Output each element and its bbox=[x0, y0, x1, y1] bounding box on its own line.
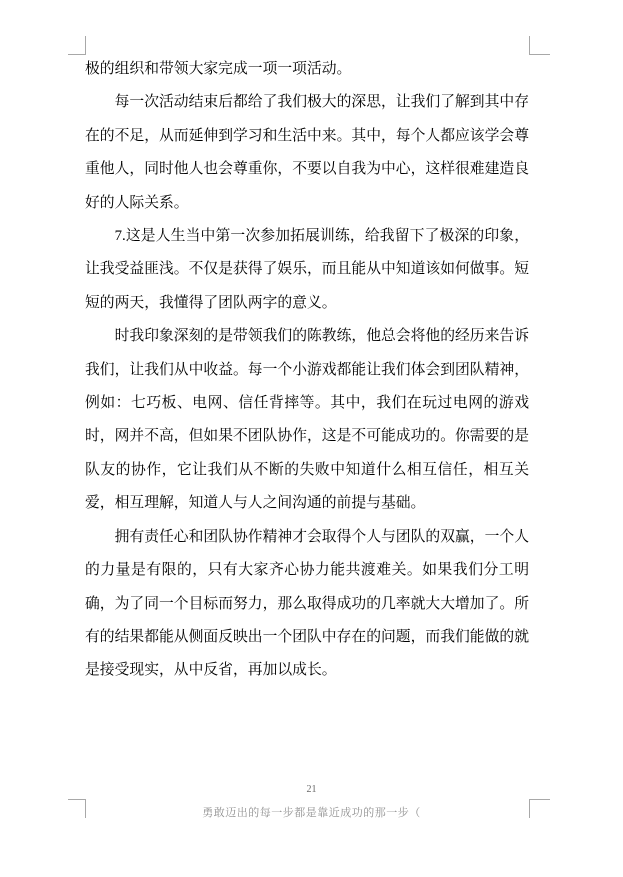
footer-note: 勇敢迈出的每一步都是靠近成功的那一步（ bbox=[0, 804, 623, 820]
paragraph: 每一次活动结束后都给了我们极大的深思，让我们了解到其中存在的不足，从而延伸到学习… bbox=[85, 86, 529, 220]
paragraph: 拥有责任心和团队协作精神才会取得个人与团队的双赢，一个人的力量是有限的，只有大家… bbox=[85, 521, 529, 688]
paragraph: 极的组织和带领大家完成一项一项活动。 bbox=[85, 53, 529, 86]
paragraph: 7.这是人生当中第一次参加拓展训练，给我留下了极深的印象，让我受益匪浅。不仅是获… bbox=[85, 220, 529, 320]
text-boundary-mark-top-left bbox=[68, 36, 86, 55]
document-page: 极的组织和带领大家完成一项一项活动。 每一次活动结束后都给了我们极大的深思，让我… bbox=[0, 0, 623, 877]
document-body: 极的组织和带领大家完成一项一项活动。 每一次活动结束后都给了我们极大的深思，让我… bbox=[85, 53, 529, 688]
text-boundary-mark-top-right bbox=[529, 36, 550, 55]
paragraph: 时我印象深刻的是带领我们的陈教练，他总会将他的经历来告诉我们，让我们从中收益。每… bbox=[85, 320, 529, 520]
page-number: 21 bbox=[0, 784, 623, 795]
